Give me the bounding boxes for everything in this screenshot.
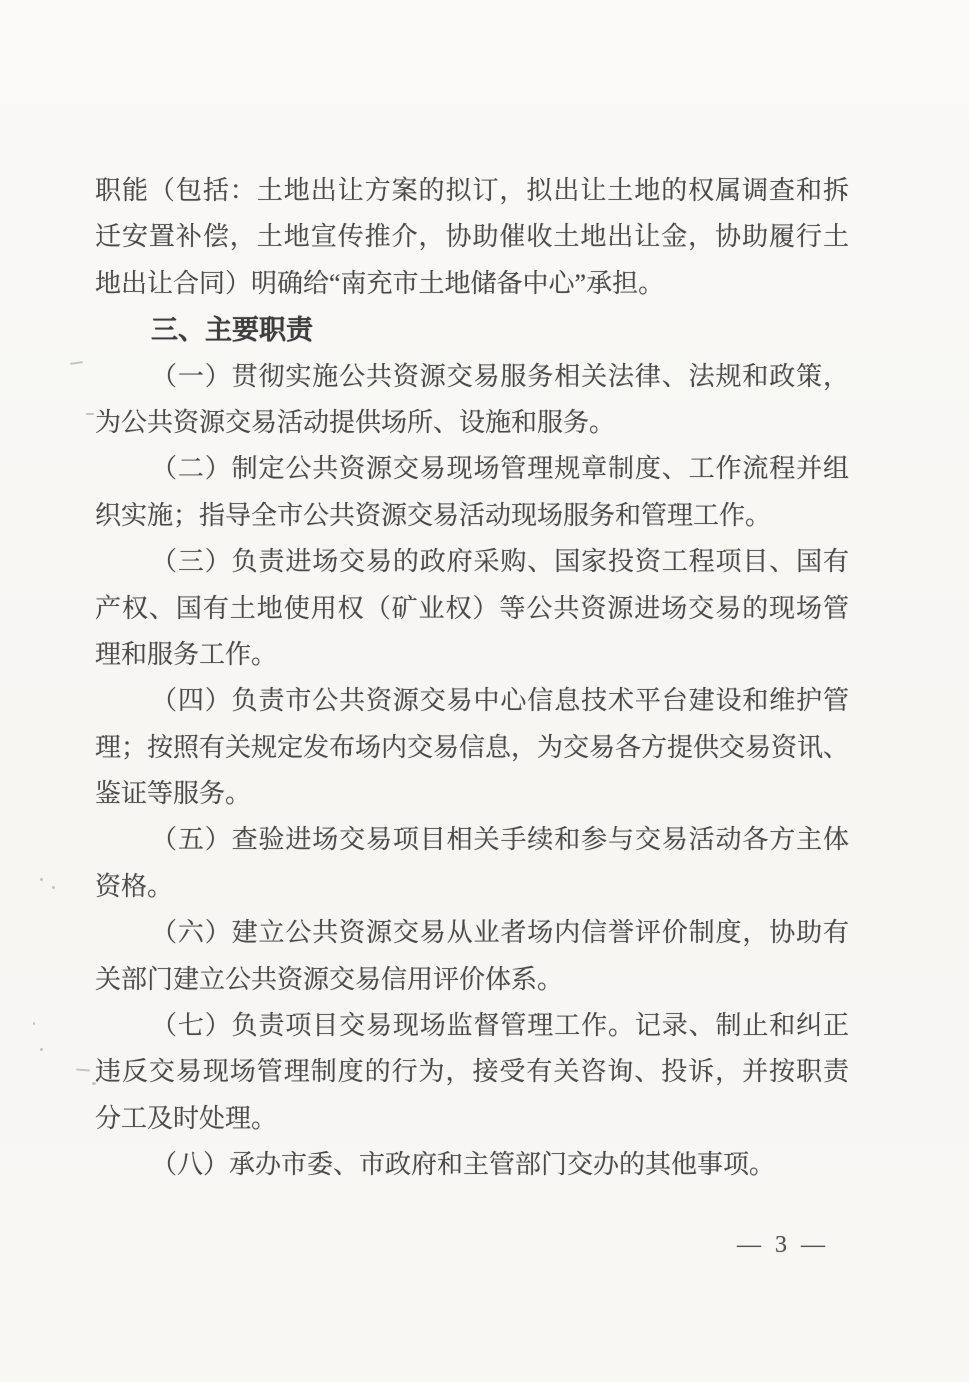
text-line: 产权、国有土地使用权（矿业权）等公共资源进场交易的现场管	[95, 586, 849, 632]
text-line: （五）查验进场交易项目相关手续和参与交易活动各方主体	[95, 817, 849, 863]
text-line: （二）制定公共资源交易现场管理规章制度、工作流程并组	[95, 446, 849, 492]
page-number: — 3 —	[737, 1232, 829, 1259]
text-line: 迁安置补偿，土地宣传推介，协助催收土地出让金，协助履行土	[95, 214, 849, 260]
text-line: （七）负责项目交易现场监督管理工作。记录、制止和纠正	[95, 1003, 849, 1049]
text-line: 资格。	[95, 864, 849, 910]
text-line: 违反交易现场管理制度的行为，接受有关咨询、投诉，并按职责	[95, 1049, 849, 1095]
margin-scan-mark	[40, 1048, 43, 1051]
section-heading: 三、主要职责	[95, 307, 849, 353]
text-line: （六）建立公共资源交易从业者场内信誉评价制度，协助有	[95, 910, 849, 956]
text-line: 理；按照有关规定发布场内交易信息，为交易各方提供交易资讯、	[95, 725, 849, 771]
margin-scan-mark	[33, 1022, 35, 1025]
margin-scan-mark	[40, 878, 43, 881]
text-line: 职能（包括：土地出让方案的拟订，拟出让土地的权属调查和拆	[95, 168, 849, 214]
text-line: 关部门建立公共资源交易信用评价体系。	[95, 957, 849, 1003]
text-line: 为公共资源交易活动提供场所、设施和服务。	[95, 400, 849, 446]
text-line: 地出让合同）明确给“南充市土地储备中心”承担。	[95, 261, 849, 307]
margin-scan-mark	[70, 361, 83, 365]
document-body: 职能（包括：土地出让方案的拟订，拟出让土地的权属调查和拆迁安置补偿，土地宣传推介…	[95, 168, 849, 1189]
text-line: （一）贯彻实施公共资源交易服务相关法律、法规和政策，	[95, 354, 849, 400]
text-line: 分工及时处理。	[95, 1096, 849, 1142]
margin-scan-mark	[86, 413, 94, 415]
document-page: 职能（包括：土地出让方案的拟订，拟出让土地的权属调查和拆迁安置补偿，土地宣传推介…	[0, 0, 969, 1382]
text-line: 理和服务工作。	[95, 632, 849, 678]
text-line: （八）承办市委、市政府和主管部门交办的其他事项。	[95, 1142, 849, 1188]
margin-scan-mark	[76, 1068, 90, 1071]
margin-scan-mark	[52, 886, 55, 889]
text-line: （三）负责进场交易的政府采购、国家投资工程项目、国有	[95, 539, 849, 585]
text-line: 织实施；指导全市公共资源交易活动现场服务和管理工作。	[95, 493, 849, 539]
text-line: （四）负责市公共资源交易中心信息技术平台建设和维护管	[95, 678, 849, 724]
text-line: 鉴证等服务。	[95, 771, 849, 817]
